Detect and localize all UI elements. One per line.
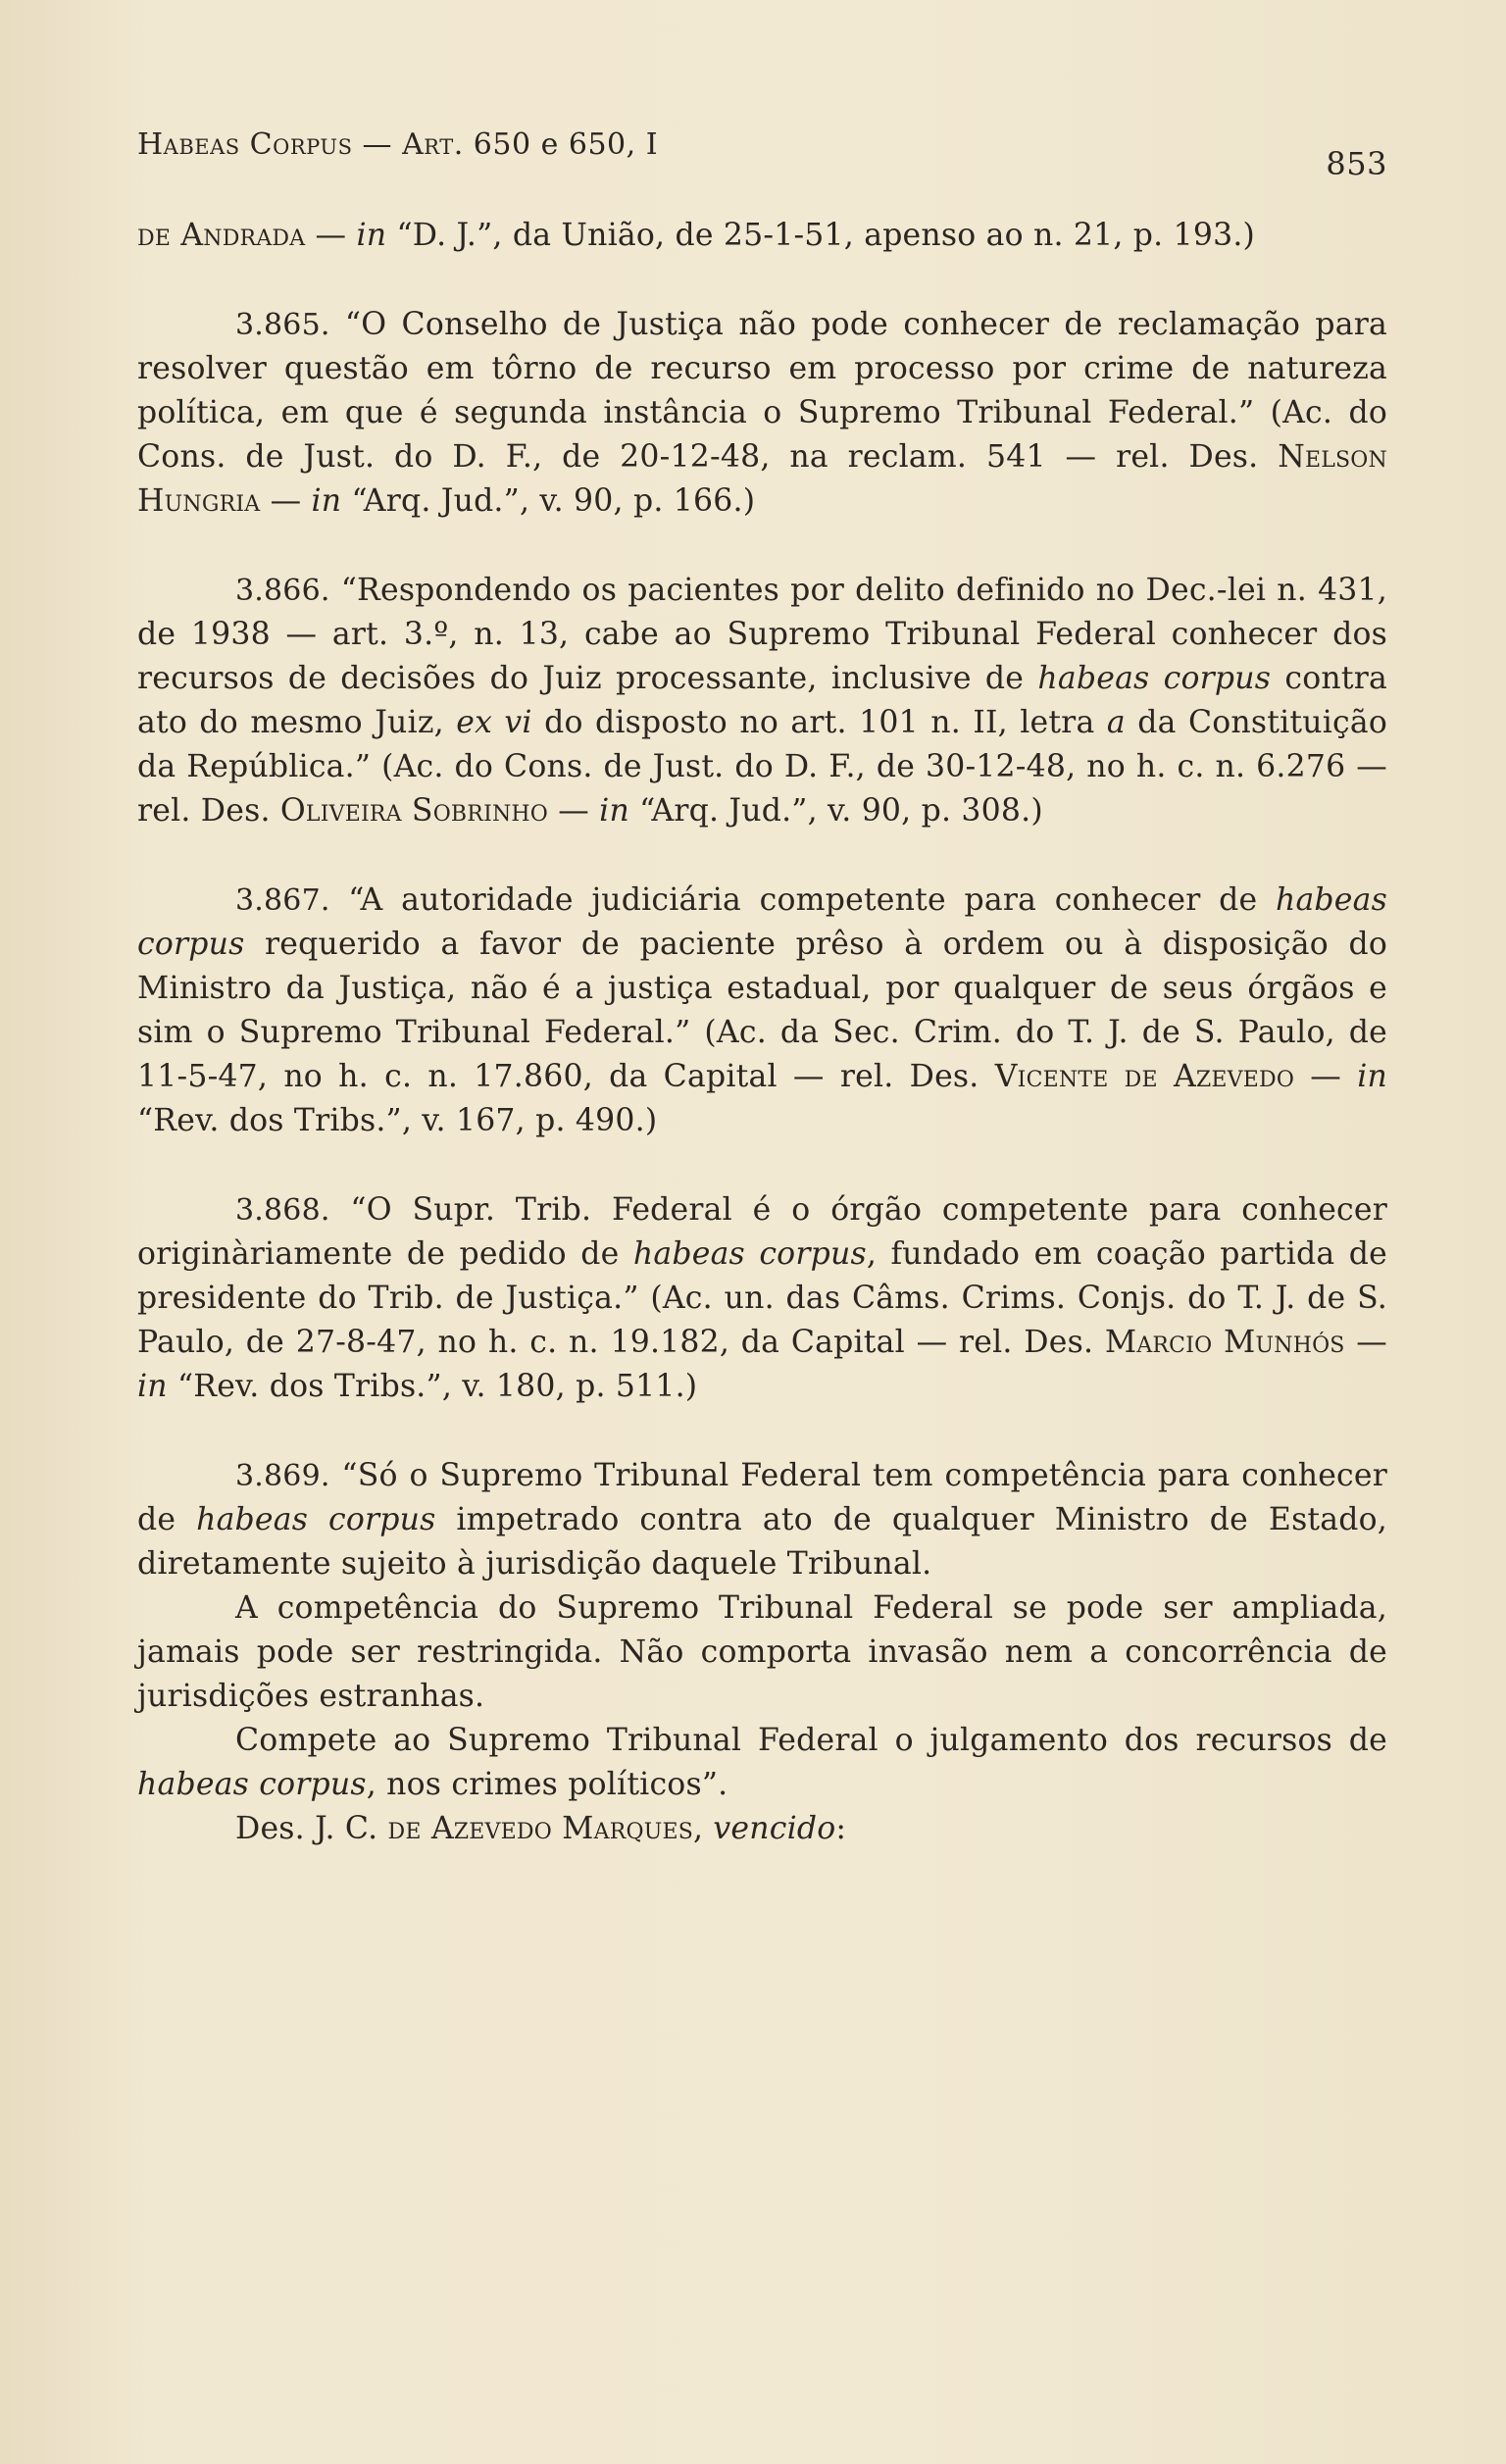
- judge-name: Marcio Munhós: [1105, 1325, 1345, 1360]
- judge-name: de Andrada: [137, 218, 305, 253]
- text-run: “A autoridade judiciária competente para…: [330, 882, 1276, 918]
- italic-in: in: [599, 793, 629, 829]
- italic-term: habeas corpus: [137, 1767, 367, 1802]
- text-run: —: [1345, 1325, 1387, 1360]
- italic-in: in: [1357, 1059, 1387, 1094]
- italic-term: a: [1107, 705, 1126, 740]
- entry-3867: 3.867. “A autoridade judiciária competen…: [137, 879, 1387, 1143]
- entry-number: 3.868.: [235, 1193, 330, 1228]
- running-head-dash: —: [353, 127, 403, 162]
- continuation-paragraph: de Andrada — in “D. J.”, da União, de 25…: [137, 214, 1387, 258]
- text-run: —: [260, 483, 311, 519]
- entry-sub-paragraph: A competência do Supremo Tribunal Federa…: [137, 1586, 1387, 1719]
- judge-name: Vicente de Azevedo: [995, 1059, 1294, 1094]
- entry-paragraph: 3.867. “A autoridade judiciária competen…: [137, 879, 1387, 1143]
- entry-3865: 3.865. “O Conselho de Justiça não pode c…: [137, 303, 1387, 524]
- running-head-subject: Habeas Corpus: [137, 127, 353, 162]
- text-run: “Rev. dos Tribs.”, v. 167, p. 490.): [137, 1103, 657, 1138]
- entry-number: 3.867.: [235, 883, 330, 918]
- text-run: :: [835, 1811, 846, 1846]
- entry-3866: 3.866. “Respondendo os pacientes por del…: [137, 569, 1387, 833]
- italic-in: in: [137, 1369, 168, 1404]
- text-run: “Arq. Jud.”, v. 90, p. 166.): [341, 483, 755, 519]
- entry-sub-paragraph: Compete ao Supremo Tribunal Federal o ju…: [137, 1719, 1387, 1807]
- text-run: Compete ao Supremo Tribunal Federal o ju…: [235, 1723, 1387, 1758]
- running-head-title: Habeas Corpus — Art. 650 e 650, I: [137, 127, 658, 162]
- entry-paragraph: 3.868. “O Supr. Trib. Federal é o órgão …: [137, 1188, 1387, 1409]
- italic-term: ex vi: [456, 705, 531, 740]
- judge-name: Oliveira Sobrinho: [280, 793, 548, 829]
- text-run: —: [548, 793, 599, 829]
- italic-term: habeas corpus: [196, 1502, 435, 1537]
- page-number: 853: [1326, 145, 1387, 182]
- text-run: , nos crimes políticos”.: [367, 1767, 728, 1802]
- text-run: “Rev. dos Tribs.”, v. 180, p. 511.): [168, 1369, 698, 1404]
- entry-number: 3.869.: [235, 1459, 330, 1493]
- entry-number: 3.865.: [235, 308, 330, 342]
- italic-term: habeas corpus: [1037, 661, 1271, 696]
- entry-paragraph: 3.869. “Só o Supremo Tribunal Federal te…: [137, 1454, 1387, 1586]
- entry-3869: 3.869. “Só o Supremo Tribunal Federal te…: [137, 1454, 1387, 1851]
- text-run: —: [1294, 1059, 1357, 1094]
- running-head-article-label: Art.: [402, 127, 464, 162]
- dissent-signature: Des. J. C. de Azevedo Marques, vencido:: [137, 1807, 1387, 1851]
- running-head-article-numbers: 650 e 650, I: [464, 127, 658, 162]
- italic-in: in: [312, 483, 342, 519]
- text-run: do disposto no art. 101 n. II, letra: [532, 705, 1107, 740]
- text-run: Des. J. C.: [235, 1811, 388, 1846]
- judge-name: de Azevedo Marques: [388, 1811, 693, 1846]
- entry-3868: 3.868. “O Supr. Trib. Federal é o órgão …: [137, 1188, 1387, 1409]
- italic-in: in: [356, 218, 386, 253]
- entry-paragraph: 3.865. “O Conselho de Justiça não pode c…: [137, 303, 1387, 524]
- text-run: “Arq. Jud.”, v. 90, p. 308.): [629, 793, 1043, 829]
- body-text: de Andrada — in “D. J.”, da União, de 25…: [137, 214, 1387, 1851]
- running-head: Habeas Corpus — Art. 650 e 650, I 853: [137, 118, 1387, 176]
- entry-paragraph: 3.866. “Respondendo os pacientes por del…: [137, 569, 1387, 833]
- text-run: ,: [693, 1811, 713, 1846]
- entry-number: 3.866.: [235, 574, 330, 608]
- book-page: Habeas Corpus — Art. 650 e 650, I 853 de…: [137, 98, 1387, 1851]
- italic-term: habeas corpus: [633, 1236, 867, 1272]
- text-run: —: [305, 218, 356, 253]
- text-run: “D. J.”, da União, de 25-1-51, apenso ao…: [386, 218, 1255, 253]
- italic-term: vencido: [713, 1811, 835, 1846]
